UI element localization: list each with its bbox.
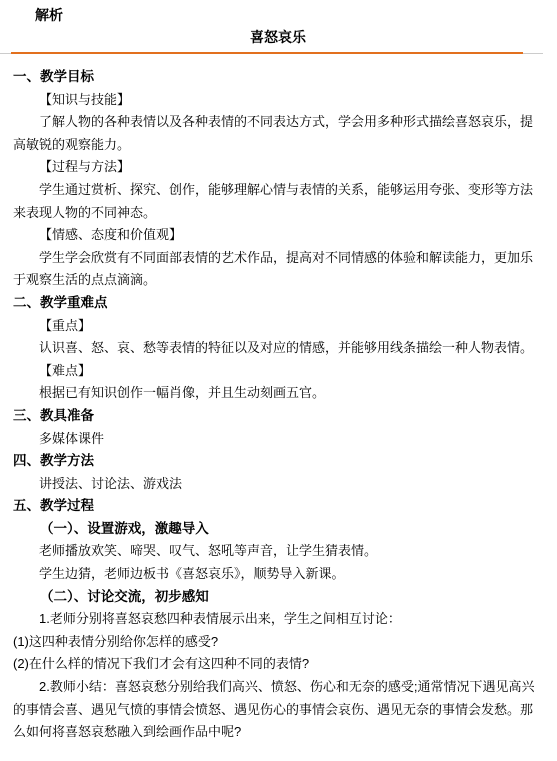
paragraph: 2.教师小结：喜怒哀愁分别给我们高兴、愤怒、伤心和无奈的感受;通常情况下遇见高兴… <box>13 676 543 744</box>
bracket-label: 【重点】 <box>13 315 543 338</box>
paragraph: 根据已有知识创作一幅肖像，并且生动刻画五官。 <box>13 382 543 405</box>
section-heading: 二、教学重难点 <box>13 292 543 315</box>
lesson-plan-content: 一、教学目标【知识与技能】了解人物的各种表情以及各种表情的不同表达方式，学会用多… <box>13 66 543 744</box>
bracket-label: 【知识与技能】 <box>13 89 543 112</box>
title-divider <box>0 52 557 54</box>
page-title: 喜怒哀乐 <box>13 29 543 45</box>
paragraph: 认识喜、怒、哀、愁等表情的特征以及对应的情感，并能够用线条描绘一种人物表情。 <box>13 337 543 360</box>
bracket-label: 【过程与方法】 <box>13 156 543 179</box>
paragraph: 1.老师分别将喜怒哀愁四种表情展示出来，学生之间相互讨论： <box>13 608 543 631</box>
paragraph: 学生边猜，老师边板书《喜怒哀乐》，顺势导入新课。 <box>13 563 543 586</box>
section-heading: 三、教具准备 <box>13 405 543 428</box>
document-page: 解析 喜怒哀乐 一、教学目标【知识与技能】了解人物的各种表情以及各种表情的不同表… <box>0 0 557 744</box>
bracket-label: 【难点】 <box>13 360 543 383</box>
section-heading: 四、教学方法 <box>13 450 543 473</box>
question-item: (2)在什么样的情况下我们才会有这四种不同的表情? <box>13 653 543 676</box>
paragraph: 学生通过赏析、探究、创作，能够理解心情与表情的关系，能够运用夸张、变形等方法来表… <box>13 179 543 224</box>
bracket-label: 【情感、态度和价值观】 <box>13 224 543 247</box>
section-heading: 一、教学目标 <box>13 66 543 89</box>
paragraph: 学生学会欣赏有不同面部表情的艺术作品，提高对不同情感的体验和解读能力，更加乐于观… <box>13 247 543 292</box>
divider-orange-line <box>11 52 523 54</box>
paragraph: 讲授法、讨论法、游戏法 <box>13 473 543 496</box>
paragraph: 老师播放欢笑、啼哭、叹气、怒吼等声音，让学生猜表情。 <box>13 540 543 563</box>
paragraph: 多媒体课件 <box>13 428 543 451</box>
paragraph: 了解人物的各种表情以及各种表情的不同表达方式，学会用多种形式描绘喜怒哀乐，提高敏… <box>13 111 543 156</box>
activity-heading: （二）、讨论交流，初步感知 <box>13 586 543 609</box>
activity-heading: （一）、设置游戏，激趣导入 <box>13 518 543 541</box>
question-item: (1)这四种表情分别给你怎样的感受? <box>13 631 543 654</box>
analysis-label: 解析 <box>35 7 543 23</box>
section-heading: 五、教学过程 <box>13 495 543 518</box>
